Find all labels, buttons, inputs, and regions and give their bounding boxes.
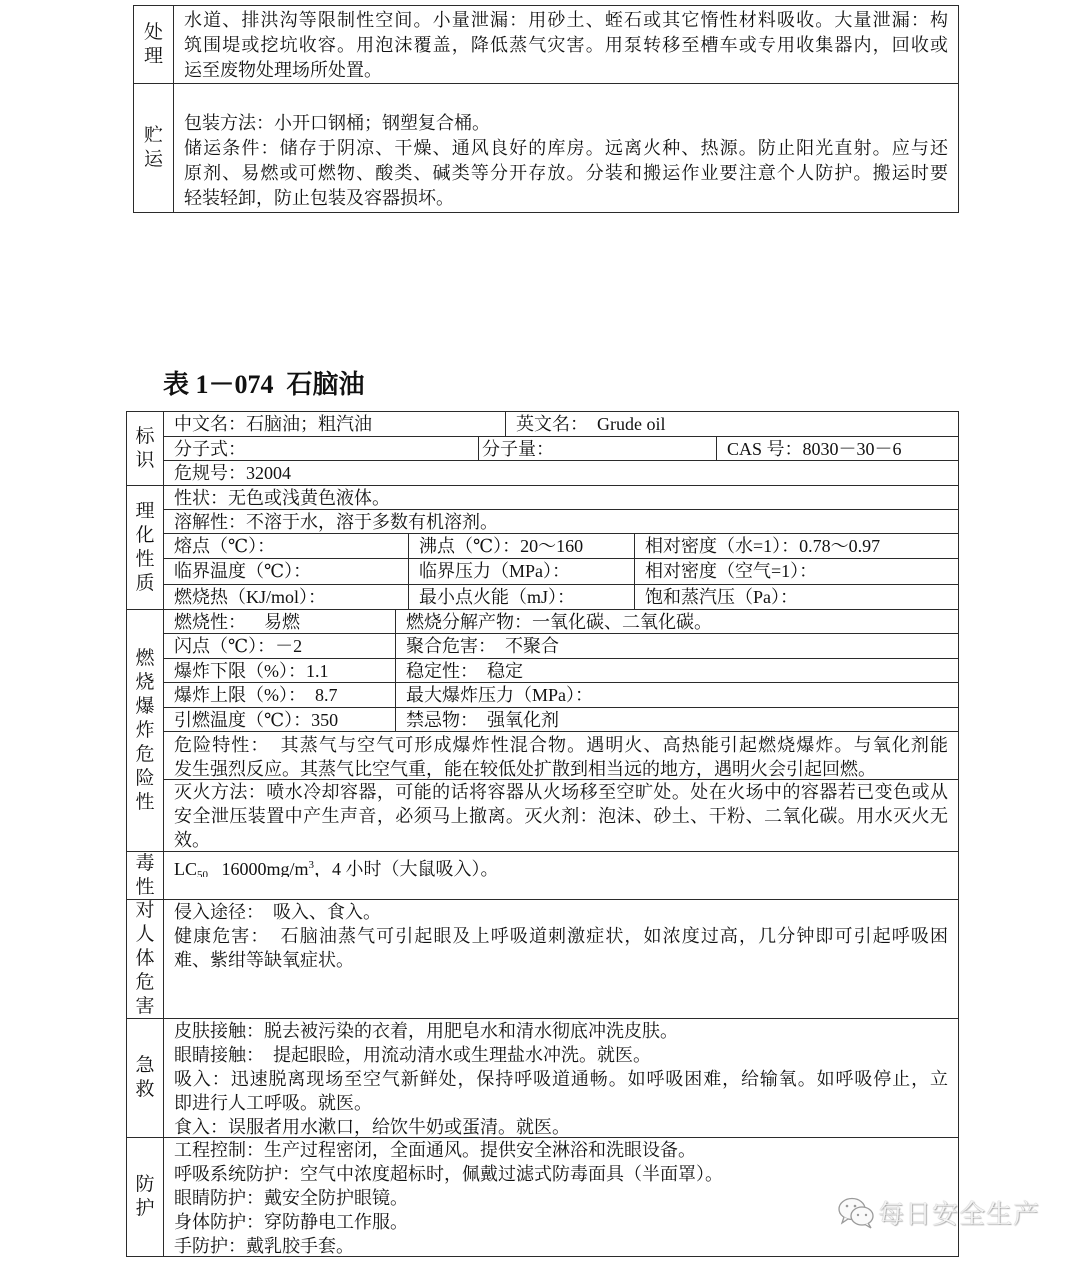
storage-line: 储运条件：储存于阴凉、干燥、通风良好的库房。远离火种、热源。防止阳光直射。应与还 [184,136,958,161]
section-label-health-hazard: 对人体危害 [126,899,164,1019]
protection-line: 工程控制：生产过程密闭，全面通风。提供安全淋浴和洗眼设备。 [174,1138,958,1162]
label-text: 毒性 [135,852,155,900]
critical-temperature: 临界温度（℃）： [163,558,409,585]
health-hazard-content: 侵入途径： 吸入、食入。 健康危害： 石脑油蒸气可引起眼及上呼吸道刺激症状，如浓… [163,899,959,1019]
flash-point: 闪点（℃）：－2 [163,633,396,659]
polymerization-hazard: 聚合危害： 不聚合 [395,633,959,659]
wechat-icon [836,1196,878,1230]
section-label-protection: 防护 [126,1137,164,1257]
combustion-products: 燃烧分解产物：一氧化碳、二氧化碳。 [395,609,959,634]
disposal-line: 筑围堤或挖坑收容。用泡沫覆盖，降低蒸气灾害。用泵转移至槽车或专用收集器内，回收或 [184,33,958,58]
first-aid-line: 即进行人工呼吸。就医。 [174,1091,958,1115]
saturated-vapor-pressure: 饱和蒸汽压（Pa）： [634,584,959,610]
critical-pressure: 临界压力（MPa）： [408,558,635,585]
first-aid-line: 吸入：迅速脱离现场至空气新鲜处，保持呼吸道通畅。如呼吸困难，给输氧。如呼吸停止，… [174,1067,958,1091]
lc-value: 16000mg/m [208,859,309,877]
melting-point: 熔点（℃）： [163,533,409,559]
incompatible-materials: 禁忌物： 强氧化剂 [395,707,959,732]
extinguishing-method: 灭火方法：喷水冷却容器，可能的话将容器从火场移至空旷处。处在火场中的容器若已变色… [163,779,959,852]
appearance: 性状：无色或浅黄色液体。 [163,485,959,510]
row-label-storage-transport: 贮运 [133,83,174,213]
first-aid-content: 皮肤接触：脱去被污染的衣着，用肥皂水和清水彻底冲洗皮肤。 眼睛接触： 提起眼睑，… [163,1018,959,1138]
disposal-line: 运至废物处理场所处置。 [184,58,958,83]
section-label-toxicity: 毒性 [126,851,164,900]
relative-density-air: 相对密度（空气=1）： [634,558,959,585]
first-aid-line: 皮肤接触：脱去被污染的衣着，用肥皂水和清水彻底冲洗皮肤。 [174,1019,958,1043]
protection-line: 呼吸系统防护：空气中浓度超标时，佩戴过滤式防毒面具（半面罩）。 [174,1162,958,1186]
label-text: 理化性质 [135,500,155,596]
packaging-line: 包装标志：20UN 编号：1791包装分类：Ⅲ [184,86,958,111]
minimum-ignition-energy: 最小点火能（mJ）： [408,584,635,610]
storage-line: 包装方法：小开口钢桶；钢塑复合桶。 [184,111,958,136]
label-text: 燃烧爆炸危险性 [135,647,155,815]
label-text: 防护 [135,1173,155,1221]
lc-prefix: LC [174,859,197,877]
extinguish-line: 效。 [174,828,958,852]
label-text: 处理 [144,21,164,69]
hazard-number: 危规号：32004 [163,460,959,486]
section-label-identification: 标识 [126,411,164,486]
table-title: 表 1－074 石脑油 [163,364,365,401]
extinguish-line: 安全泄压装置中产生声音，必须马上撤离。灭火剂：泡沫、砂土、干粉、二氧化碳。用水灭… [174,804,958,828]
autoignition-temperature: 引燃温度（℃）：350 [163,707,396,732]
label-text: 贮运 [144,124,164,172]
section-label-physical-chemical: 理化性质 [126,485,164,610]
molecular-formula: 分子式： [163,436,479,461]
toxicity-content: LC50 16000mg/m3，4 小时（大鼠吸入）。 [163,851,959,900]
section-label-first-aid: 急救 [126,1018,164,1138]
relative-density-water: 相对密度（水=1）：0.78～0.97 [634,533,959,559]
upper-explosive-limit: 爆炸上限（%）： 8.7 [163,682,396,708]
molecular-weight: 分子量： [478,436,717,461]
watermark-text: 每日安全生产 [878,1194,1040,1231]
label-text: 标识 [135,425,155,473]
english-name: 英文名： Grude oil [505,411,959,437]
lower-explosive-limit: 爆炸下限（%）：1.1 [163,658,396,683]
storage-transport-content: 包装标志：20UN 编号：1791包装分类：Ⅲ 包装方法：小开口钢桶；钢塑复合桶… [173,83,959,213]
boiling-point: 沸点（℃）：20～160 [408,533,635,559]
hazard-characteristics: 危险特性： 其蒸气与空气可形成爆炸性混合物。遇明火、高热能引起燃烧爆炸。与氧化剂… [163,731,959,780]
storage-line: 轻装轻卸，防止包装及容器损坏。 [184,186,958,211]
health-line: 难、紫绀等缺氧症状。 [174,948,958,972]
lc-subscript: 50 [197,869,208,877]
cas-number: CAS 号：8030－30－6 [716,436,959,461]
health-line: 健康危害： 石脑油蒸气可引起眼及上呼吸道刺激症状，如浓度过高，几分钟即可引起呼吸… [174,924,958,948]
hazard-line: 危险特性： 其蒸气与空气可形成爆炸性混合物。遇明火、高热能引起燃烧爆炸。与氧化剂… [174,733,958,757]
solubility: 溶解性：不溶于水，溶于多数有机溶剂。 [163,509,959,534]
first-aid-line: 食入：误服者用水漱口，给饮牛奶或蛋清。就医。 [174,1115,958,1138]
stability: 稳定性： 稳定 [395,658,959,683]
extinguish-line: 灭火方法：喷水冷却容器，可能的话将容器从火场移至空旷处。处在火场中的容器若已变色… [174,780,958,804]
chinese-name: 中文名：石脑油；粗汽油 [163,411,506,437]
row-label-disposal: 处理 [133,5,174,84]
disposal-content: 水道、排洪沟等限制性空间。小量泄漏：用砂土、蛭石或其它惰性材料吸收。大量泄漏：构… [173,5,959,84]
flammability: 燃烧性： 易燃 [163,609,396,634]
first-aid-line: 眼睛接触： 提起眼睑，用流动清水或生理盐水冲洗。就医。 [174,1043,958,1067]
lc-rest: ，4 小时（大鼠吸入）。 [314,859,499,877]
watermark: 每日安全生产 [836,1194,1040,1231]
disposal-line: 水道、排洪沟等限制性空间。小量泄漏：用砂土、蛭石或其它惰性材料吸收。大量泄漏：构 [184,8,958,33]
label-text: 急救 [135,1054,155,1102]
lc50-line: LC50 16000mg/m3，4 小时（大鼠吸入）。 [174,853,958,877]
health-line: 侵入途径： 吸入、食入。 [174,900,958,924]
storage-line: 原剂、易燃或可燃物、酸类、碱类等分开存放。分装和搬运作业要注意个人防护。搬运时要 [184,161,958,186]
heat-of-combustion: 燃烧热（KJ/mol）： [163,584,409,610]
label-text: 对人体危害 [135,899,155,1019]
hazard-line: 发生强烈反应。其蒸气比空气重，能在较低处扩散到相当远的地方，遇明火会引起回燃。 [174,757,958,780]
max-explosion-pressure: 最大爆炸压力（MPa）： [395,682,959,708]
protection-line: 手防护：戴乳胶手套。 [174,1234,958,1257]
section-label-fire-explosion: 燃烧爆炸危险性 [126,609,164,852]
